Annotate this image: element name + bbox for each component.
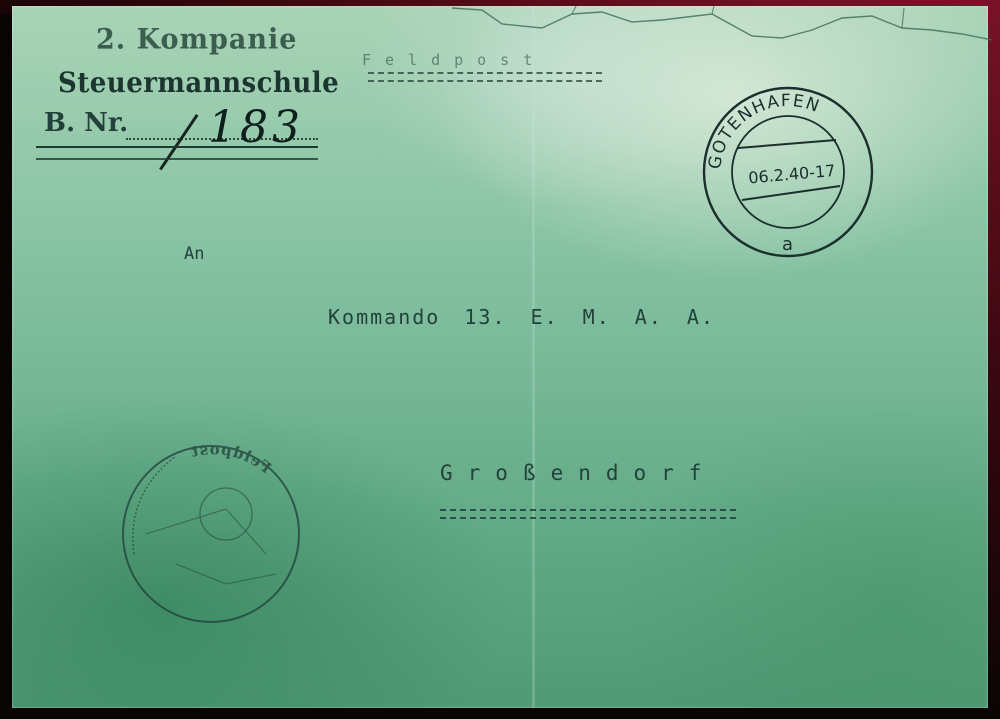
stamp-rule xyxy=(36,158,318,160)
school-name: Steuermannschule xyxy=(58,66,339,99)
postmark-code: a xyxy=(782,234,793,255)
postmark-date: 06.2.40-17 xyxy=(748,161,837,188)
handwritten-stroke xyxy=(159,114,198,170)
torn-top-edge xyxy=(452,6,992,46)
city-double-underline xyxy=(440,509,736,519)
postmark-town: GOTENHAFEN xyxy=(705,91,823,171)
background-right xyxy=(988,0,1000,719)
company-name: 2. Kompanie xyxy=(96,23,297,56)
address-salutation: An xyxy=(184,244,204,264)
envelope: 2. Kompanie Steuermannschule B. Nr. 183 … xyxy=(12,6,988,708)
stamp-rule xyxy=(36,146,318,148)
reference-label: B. Nr. xyxy=(44,108,128,138)
envelope-fold xyxy=(532,6,535,708)
sender-stamp: 2. Kompanie Steuermannschule B. Nr. 183 xyxy=(36,22,336,172)
offset-seal-text: Feldpost xyxy=(188,440,274,477)
feldpost-mark: Feldpost xyxy=(362,51,546,69)
offset-seal-stamp: Feldpost xyxy=(116,434,306,630)
postmark: GOTENHAFEN 06.2.40-17 a xyxy=(698,82,878,262)
feldpost-double-underline xyxy=(368,72,602,82)
address-recipient: Kommando 13. E. M. A. A. xyxy=(328,305,715,329)
address-city: Großendorf xyxy=(440,461,716,485)
